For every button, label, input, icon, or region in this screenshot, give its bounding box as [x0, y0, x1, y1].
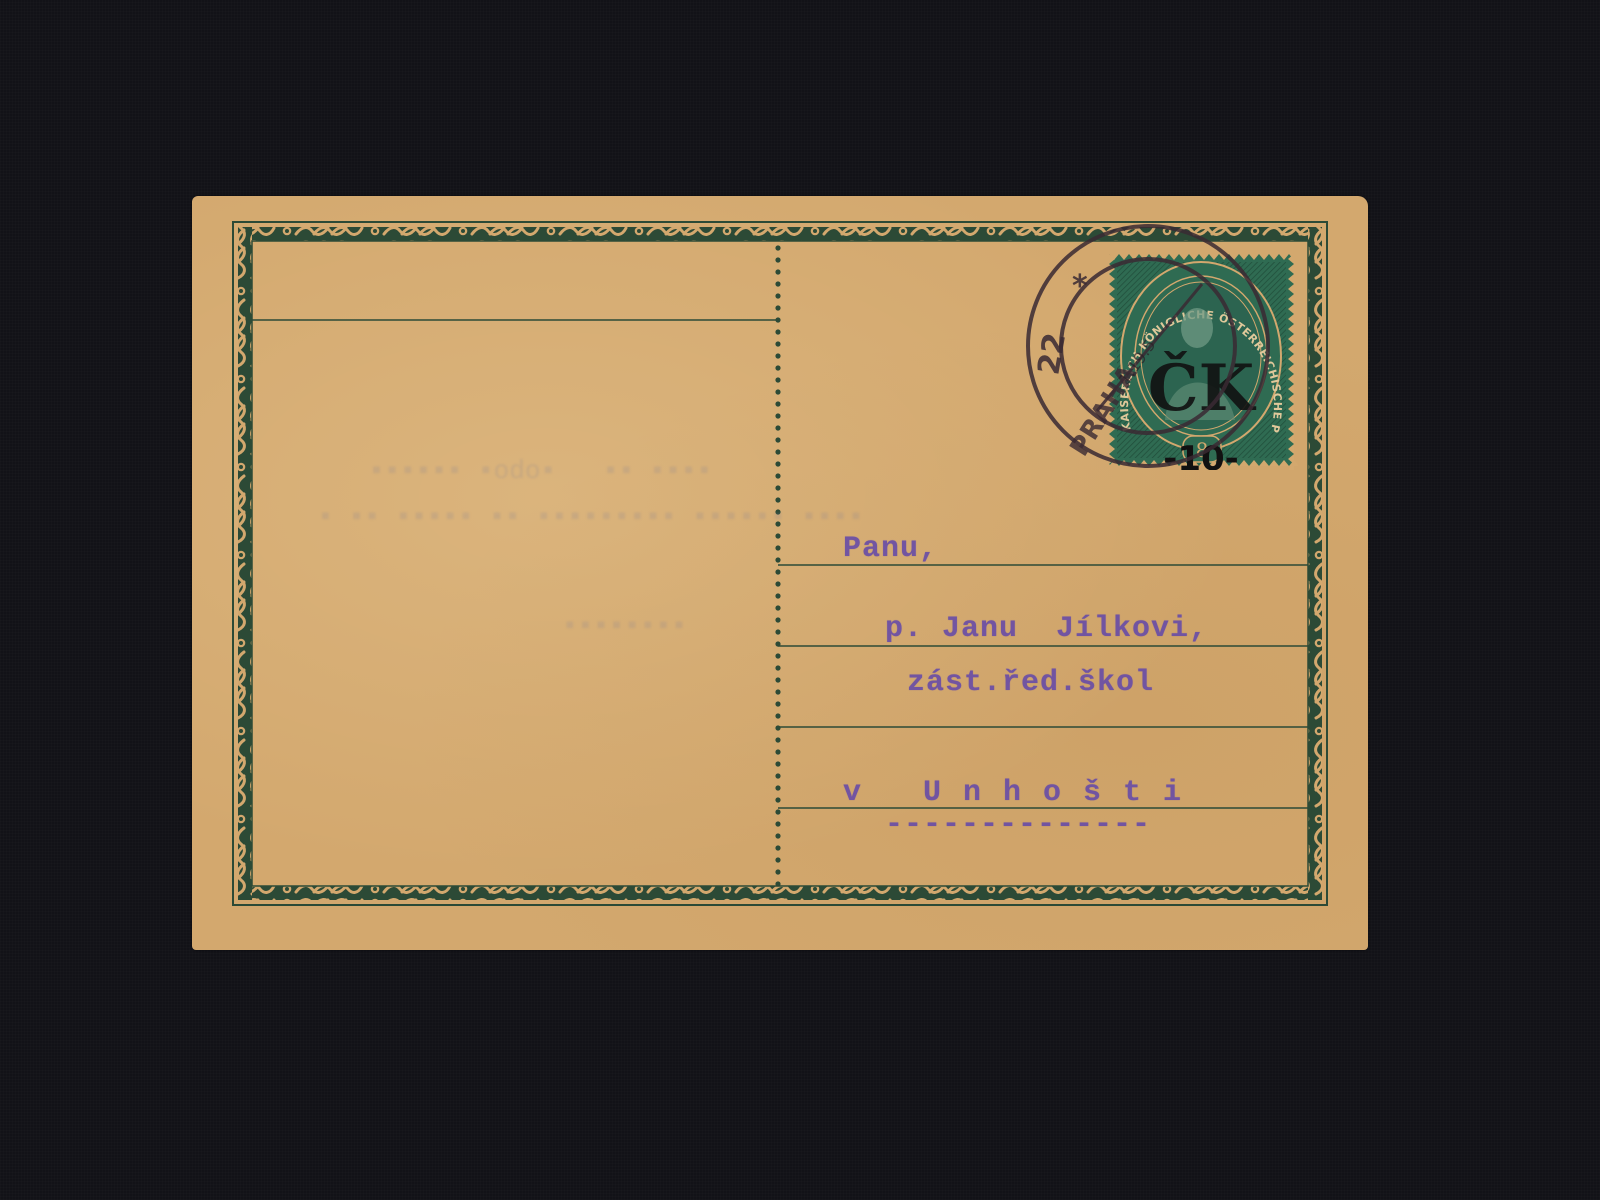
dotted-divider [775, 245, 780, 886]
stamp: KAISERLICH KÖNIGLICHE ÖSTERREICHISCHE PO… [1105, 250, 1298, 470]
overprint-value: -10- [1163, 439, 1239, 470]
address-line-2: p. Janu Jílkovi, [885, 612, 1208, 646]
address-line-1: Panu, [843, 532, 938, 566]
ghost-text: ▪▪▪▪▪▪ ▪odo▪ ▪▪ ▪▪▪▪ [322, 456, 712, 486]
overprint-monogram: ČK [1148, 351, 1257, 426]
address-underline: -------------- [885, 808, 1151, 842]
postcard: ▪▪▪▪▪▪ ▪odo▪ ▪▪ ▪▪▪▪ ▪ ▪▪ ▪▪▪▪▪ ▪▪ ▪▪▪▪▪… [192, 196, 1368, 950]
address-line-4: v Unhošti [843, 776, 1203, 810]
ghost-text: ▪▪▪▪▪▪▪▪ [562, 611, 687, 641]
ghost-text: ▪ ▪▪ ▪▪▪▪▪ ▪▪ ▪▪▪▪▪▪▪▪▪ ▪▪▪▪▪▪ ▪▪▪▪ [302, 502, 864, 532]
address-line-3: zást.řed.škol [907, 666, 1154, 700]
